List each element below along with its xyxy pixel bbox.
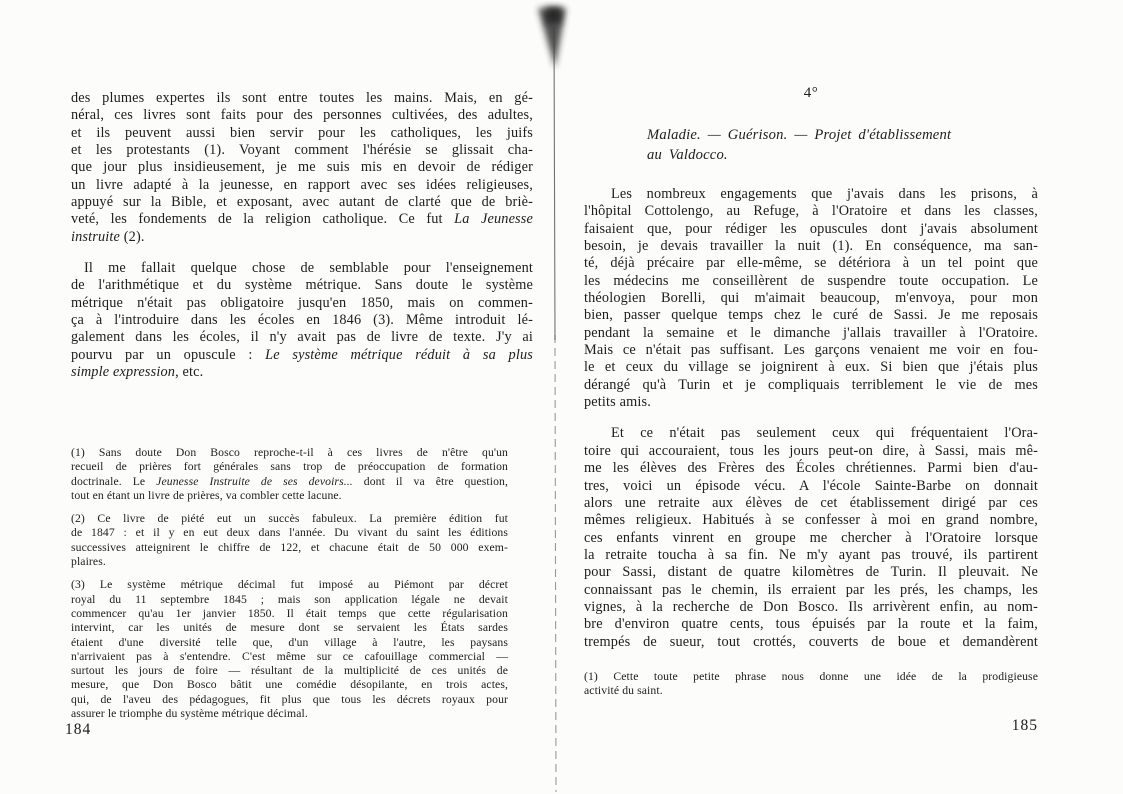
text-line: doctrinale. Le Jeunesse Instruite de ses… xyxy=(71,475,508,489)
text-line: ça à l'introduire dans les écoles en 184… xyxy=(71,312,533,329)
text-line: la retraite toucha à sa fin. Ne m'y ayan… xyxy=(584,547,1038,564)
book-scan: des plumes expertes ils sont entre toute… xyxy=(0,0,1123,794)
text-line: Il me fallait quelque chose de semblable… xyxy=(71,260,533,277)
text-line: dérangé qu'à Turin et je compliquais ter… xyxy=(584,377,1038,394)
text-line: appuyé sur la Bible, et exposant, avec a… xyxy=(71,194,533,211)
text-line: connaissant pas le chemin, ils erraient … xyxy=(584,582,1038,599)
right-page: 4° Maladie. — Guérison. — Projet d'établ… xyxy=(561,0,1123,794)
left-page: des plumes expertes ils sont entre toute… xyxy=(0,0,561,794)
text-line: et les protestants (1). Voyant comment l… xyxy=(71,142,533,159)
text-line: me les élèves des Frères des Écoles chré… xyxy=(584,460,1038,477)
left-page-footnotes: (1) Sans doute Don Bosco reproche-t-il à… xyxy=(71,446,508,721)
page-number-left: 184 xyxy=(65,721,91,739)
text-line: instruite (2). xyxy=(71,229,533,246)
text-line: toire qui accouraient, tous les jours pe… xyxy=(584,443,1038,460)
text-line: assurer le triomphe du système métrique … xyxy=(71,707,508,721)
text-line: pendant la semaine et le dimanche j'alla… xyxy=(584,325,1038,342)
footnote: (1) Sans doute Don Bosco reproche-t-il à… xyxy=(71,446,508,503)
text-line: intervint, car les unités de mesure dont… xyxy=(71,621,508,635)
text-line: petits amis. xyxy=(584,394,1038,411)
text-line: alors une retraite aux élèves de cet éta… xyxy=(584,495,1038,512)
text-line: Les nombreux engagements que j'avais dan… xyxy=(584,186,1038,203)
text-line: galement dans les écoles, il n'y avait p… xyxy=(71,329,533,346)
text-line: étaient d'une diversité telle que, d'un … xyxy=(71,636,508,650)
right-page-footnotes: (1) Cette toute petite phrase nous donne… xyxy=(584,670,1038,699)
text-line: les médecins me conseillèrent de suspend… xyxy=(584,273,1038,290)
text-line: royal du 11 septembre 1845 ; mais son ap… xyxy=(71,593,508,607)
page-number-right: 185 xyxy=(584,717,1038,735)
text-line: pourvu par un opuscule : Le système métr… xyxy=(71,347,533,364)
text-line: commencer qu'au 1er janvier 1850. Il éta… xyxy=(71,607,508,621)
text-line: plaires. xyxy=(71,555,508,569)
text-line: surtout les jours de foire — résultant d… xyxy=(71,664,508,678)
text-line: veté, les fondements de la religion cath… xyxy=(71,211,533,228)
section-heading: 4° xyxy=(584,85,1038,102)
text-line: le et ceux du village se joignirent à eu… xyxy=(584,359,1038,376)
text-line: tres, voici un épisode vécu. A l'école S… xyxy=(584,478,1038,495)
text-line: simple expression, etc. xyxy=(71,364,533,381)
text-line: de l'arithmétique et du système métrique… xyxy=(71,277,533,294)
text-line: Et ce n'était pas seulement ceux qui fré… xyxy=(584,425,1038,442)
text-line: mesure, que Don Bosco bâtit une comédie … xyxy=(71,678,508,692)
text-line: un livre adapté à la jeunesse, en rappor… xyxy=(71,177,533,194)
text-line: et ils peuvent aussi bien servir pour le… xyxy=(71,125,533,142)
text-line: bre d'environ quatre cents, tous épuisés… xyxy=(584,616,1038,633)
text-line: de 1847 : et il y en eut deux dans l'ann… xyxy=(71,526,508,540)
text-line: mêmes religieux. Habitués à se confesser… xyxy=(584,512,1038,529)
text-line: pour Sassi, distant de quatre kilomètres… xyxy=(584,564,1038,581)
text-line: des plumes expertes ils sont entre toute… xyxy=(71,90,533,107)
text-line: l'hôpital Cottolengo, au Refuge, à l'Ora… xyxy=(584,203,1038,220)
text-line: faisaient que, pour rédiger les opuscule… xyxy=(584,221,1038,238)
text-line: activité du saint. xyxy=(584,684,1038,698)
paragraph: Les nombreux engagements que j'avais dan… xyxy=(584,186,1038,411)
footnote: (3) Le système métrique décimal fut impo… xyxy=(71,578,508,721)
text-line: métrique n'était pas obligatoire jusqu'e… xyxy=(71,295,533,312)
chapter-title: Maladie. — Guérison. — Projet d'établiss… xyxy=(647,126,1077,165)
chapter-title-line: Maladie. — Guérison. — Projet d'établiss… xyxy=(647,126,1077,146)
text-line: ces enfants vinrent en groupe me cherche… xyxy=(584,530,1038,547)
paragraph: des plumes expertes ils sont entre toute… xyxy=(71,90,533,246)
text-line: bien, passer quelque temps chez le curé … xyxy=(584,307,1038,324)
text-line: recueil de prières fort générales sans t… xyxy=(71,460,508,474)
text-line: vignes, à la recherche de Don Bosco. Ils… xyxy=(584,599,1038,616)
text-line: (1) Cette toute petite phrase nous donne… xyxy=(584,670,1038,684)
text-line: tout en étant un livre de prières, va co… xyxy=(71,489,508,503)
text-line: que jour plus insidieusement, je me suis… xyxy=(71,159,533,176)
footnote: (1) Cette toute petite phrase nous donne… xyxy=(584,670,1038,699)
left-page-body: des plumes expertes ils sont entre toute… xyxy=(71,90,533,382)
text-line: n'arrivaient pas à s'entendre. C'est mêm… xyxy=(71,650,508,664)
text-line: (2) Ce livre de piété eut un succès fabu… xyxy=(71,512,508,526)
text-line: néral, ces livres sont faits pour des pe… xyxy=(71,107,533,124)
paragraph: Il me fallait quelque chose de semblable… xyxy=(71,260,533,381)
footnote: (2) Ce livre de piété eut un succès fabu… xyxy=(71,512,508,569)
text-line: théologien Borelli, qui m'aimait beaucou… xyxy=(584,290,1038,307)
text-line: (1) Sans doute Don Bosco reproche-t-il à… xyxy=(71,446,508,460)
text-line: qui, de l'aveu des pédagogues, fit plus … xyxy=(71,693,508,707)
text-line: successives atteignirent le chiffre de 1… xyxy=(71,541,508,555)
chapter-title-line: au Valdocco. xyxy=(647,146,1077,166)
text-line: té, déjà précaire par elle-même, se dété… xyxy=(584,255,1038,272)
right-page-body: Les nombreux engagements que j'avais dan… xyxy=(584,186,1038,651)
text-line: besoin, je devais travailler la nuit (1)… xyxy=(584,238,1038,255)
text-line: (3) Le système métrique décimal fut impo… xyxy=(71,578,508,592)
text-line: Mais ce n'était pas suffisant. Les garço… xyxy=(584,342,1038,359)
text-line: trempés de sueur, tout crottés, couverts… xyxy=(584,634,1038,651)
paragraph: Et ce n'était pas seulement ceux qui fré… xyxy=(584,425,1038,650)
